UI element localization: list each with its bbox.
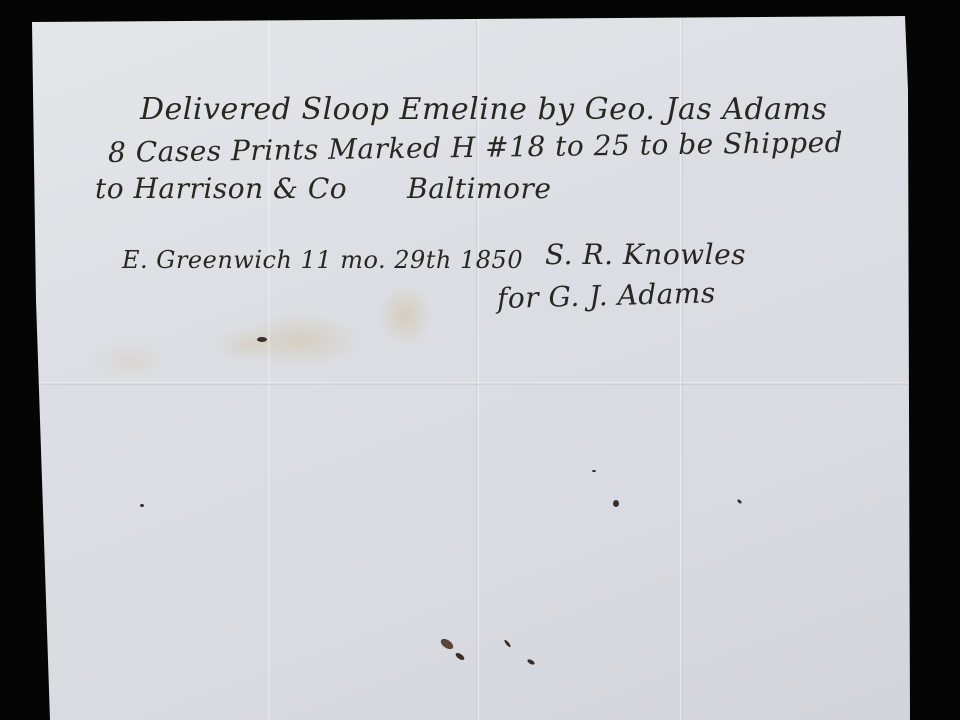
receipt-line-2: 8 Cases Prints Marked H #18 to 25 to be … <box>108 126 844 169</box>
ink-spot <box>737 499 743 505</box>
fold-line <box>32 382 912 385</box>
signature-on-behalf: for G. J. Adams <box>497 276 717 315</box>
consignee: to Harrison & Co <box>95 172 347 205</box>
ink-spot <box>257 337 267 342</box>
signature-name: S. R. Knowles <box>545 238 746 271</box>
receipt-line-1: Delivered Sloop Emeline by Geo. Jas Adam… <box>140 92 827 127</box>
ink-spot <box>613 500 619 507</box>
receipt-line-3: to Harrison & CoBaltimore <box>95 172 551 205</box>
ink-spot <box>503 639 511 648</box>
ink-spot <box>140 504 144 507</box>
destination: Baltimore <box>407 172 551 205</box>
ink-spot <box>592 470 596 472</box>
ink-spot <box>527 658 536 665</box>
dateline: E. Greenwich 11 mo. 29th 1850 <box>122 246 523 274</box>
paper-sheet: Delivered Sloop Emeline by Geo. Jas Adam… <box>0 0 960 720</box>
ink-spot <box>454 652 465 662</box>
ink-spot <box>439 637 455 652</box>
